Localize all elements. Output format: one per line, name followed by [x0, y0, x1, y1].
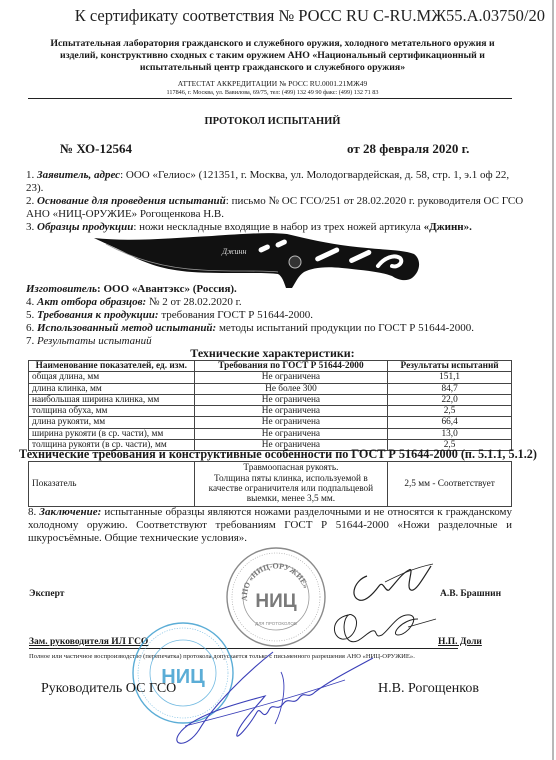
result-cell: 13,0 [388, 428, 512, 439]
parameter-cell: ширина рукояти (в ср. части), мм [29, 428, 195, 439]
result-cell: 84,7 [388, 383, 512, 394]
item-label: Основание для проведения испытаний [37, 195, 226, 207]
item-number: 6. [26, 322, 34, 334]
design-table: Показатель Травмоопасная рукоять. Толщин… [28, 461, 512, 507]
result-cell: 22,0 [388, 394, 512, 405]
lab-name-line: испытательный центр гражданского и служе… [20, 62, 525, 74]
table-row: наибольшая ширина клинка, ммНе ограничен… [29, 394, 512, 405]
protocol-title: ПРОТОКОЛ ИСПЫТАНИЙ [20, 116, 525, 127]
knife-label: Джинн [221, 247, 247, 256]
stamp-sub-text: ДЛЯ ПРОТОКОЛОВ [255, 621, 297, 626]
requirement-line: Толщина пяты клинка, используемой в [198, 474, 385, 484]
item-sampling-act: 4. Акт отбора образцов: № 2 от 28.02.202… [26, 296, 524, 309]
head-title: Руководитель ОС ГСО [41, 681, 176, 697]
lab-name-line: изделий, конструктивно сходных с таким о… [20, 50, 525, 62]
item-number: 5. [26, 309, 34, 321]
item-text: требования ГОСТ Р 51644-2000. [159, 309, 313, 321]
item-applicant: 1. Заявитель, адрес: ООО «Гелиос» (12135… [26, 169, 524, 194]
item-number: 8. [28, 506, 36, 518]
table-row: Показатель Травмоопасная рукоять. Толщин… [29, 462, 512, 507]
lab-address: 117846, г. Москва, ул. Вавилова, 69/75, … [20, 88, 525, 97]
expert-signature [345, 562, 435, 607]
parameter-cell: длина рукояти, мм [29, 417, 195, 428]
item-label: Использованный метод испытаний: [37, 322, 216, 334]
item-number: 3. [26, 221, 34, 233]
table-row: длина клинка, ммНе более 30084,7 [29, 383, 512, 394]
deputy-signature-line [29, 648, 458, 649]
head-signature [165, 650, 375, 750]
accreditation-block: АТТЕСТАТ АККРЕДИТАЦИИ № РОСС RU.0001.21М… [20, 79, 525, 97]
item-text: методы испытаний продукции по ГОСТ Р 516… [216, 322, 474, 334]
tech-table: Наименование показателей, ед. изм. Требо… [28, 360, 512, 451]
parameter-cell: длина клинка, мм [29, 383, 195, 394]
tech-table-title: Технические характеристики: [20, 346, 525, 361]
item-requirements: 5. Требования к продукции: требования ГО… [26, 309, 524, 322]
item-number: 1. [26, 169, 34, 181]
table-header-row: Наименование показателей, ед. изм. Требо… [29, 361, 512, 372]
grey-stamp: АНО «НИЦ-ОРУЖИЕ» НИЦ ДЛЯ ПРОТОКОЛОВ [224, 545, 328, 649]
result-cell: 2,5 мм - Соответствует [388, 462, 512, 507]
requirement-cell: Не более 300 [194, 383, 388, 394]
indicator-cell: Показатель [29, 462, 195, 507]
item-label: Требования к продукции: [37, 309, 159, 321]
column-header: Наименование показателей, ед. изм. [29, 361, 195, 372]
item-text: : ООО «Авантэкс» (Россия). [97, 283, 237, 295]
design-table-title: Технические требования и конструктивные … [4, 447, 552, 462]
requirement-cell: Не ограничена [194, 406, 388, 417]
requirement-cell: Не ограничена [194, 428, 388, 439]
expert-name: А.В. Брашнин [440, 589, 501, 599]
item-text: № 2 от 28.02.2020 г. [146, 296, 241, 308]
deputy-name: Н.П. Доли [438, 637, 482, 647]
parameter-cell: толщина обуха, мм [29, 406, 195, 417]
result-cell: 151,1 [388, 372, 512, 383]
item-manufacturer: Изготовитель: ООО «Авантэкс» (Россия). [26, 283, 524, 296]
parameter-cell: общая длина, мм [29, 372, 195, 383]
requirement-cell: Не ограничена [194, 417, 388, 428]
article-name: «Джинн». [424, 221, 472, 233]
column-header: Требования по ГОСТ Р 51644-2000 [194, 361, 388, 372]
table-row: общая длина, ммНе ограничена151,1 [29, 372, 512, 383]
lab-name-line: Испытательная лаборатория гражданского и… [20, 38, 525, 50]
table-row: ширина рукояти (в ср. части), ммНе огран… [29, 428, 512, 439]
item-label: Заявитель, адрес [37, 169, 120, 181]
stamp-center-text: НИЦ [255, 591, 296, 612]
parameter-cell: наибольшая ширина клинка, мм [29, 394, 195, 405]
requirement-cell: Не ограничена [194, 394, 388, 405]
item-label: Изготовитель [26, 283, 97, 295]
result-cell: 2,5 [388, 406, 512, 417]
item-basis: 2. Основание для проведения испытаний: п… [26, 195, 524, 220]
table-row: толщина обуха, ммНе ограничена2,5 [29, 406, 512, 417]
result-cell: 66,4 [388, 417, 512, 428]
expert-title: Эксперт [29, 589, 64, 599]
requirement-cell: Не ограничена [194, 372, 388, 383]
protocol-date: от 28 февраля 2020 г. [347, 141, 469, 157]
knife-image: Джинн [92, 232, 422, 290]
head-name: Н.В. Рогощенков [378, 681, 479, 697]
requirement-line: Травмоопасная рукоять. [198, 463, 385, 473]
protocol-number: № ХО-12564 [60, 141, 132, 157]
column-header: Результаты испытаний [388, 361, 512, 372]
requirement-cell: Травмоопасная рукоять. Толщина пяты клин… [194, 462, 388, 507]
deputy-signature [328, 605, 438, 650]
lab-name: Испытательная лаборатория гражданского и… [20, 38, 525, 75]
item-method: 6. Использованный метод испытаний: метод… [26, 322, 524, 335]
table-row: длина рукояти, ммНе ограничена66,4 [29, 417, 512, 428]
certificate-reference: К сертификату соответствия № РОСС RU C-R… [0, 6, 545, 26]
requirement-line: выемки, менее 3,5 мм. [198, 494, 385, 504]
header-divider [28, 98, 512, 99]
item-text: испытанные образцы являются ножами разде… [28, 506, 512, 544]
item-number: 4. [26, 296, 34, 308]
item-number: 2. [26, 195, 34, 207]
accreditation-number: АТТЕСТАТ АККРЕДИТАЦИИ № РОСС RU.0001.21М… [20, 79, 525, 88]
item-label: Заключение: [39, 506, 101, 518]
conclusion: 8. Заключение: испытанные образцы являют… [28, 506, 512, 545]
requirement-line: качестве ограничителя или подпальцевой [198, 484, 385, 494]
item-label: Акт отбора образцов: [37, 296, 146, 308]
page-edge [552, 0, 554, 760]
